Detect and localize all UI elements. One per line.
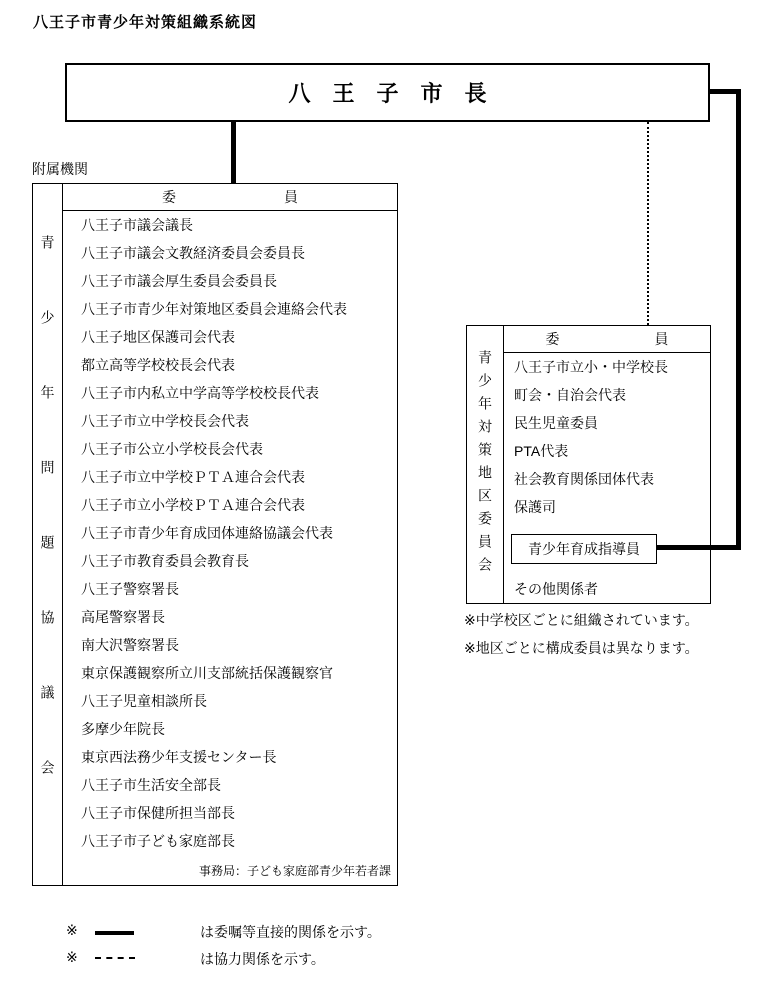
council-header-left-char: 委 — [162, 187, 176, 207]
district-note-1: ※中学校区ごとに組織されています。 — [464, 610, 699, 630]
council-member-item: 八王子児童相談所長 — [63, 687, 397, 715]
legend-solid-line-sample — [95, 931, 134, 935]
secretariat-note: 事務局：子ども家庭部青少年若者課 — [63, 855, 397, 885]
council-member-item: 八王子市議会厚生委員会委員長 — [63, 267, 397, 295]
youth-problem-council-box: 青少年問題協議会 委 員 八王子市議会議長八王子市議会文教経済委員会委員長八王子… — [32, 183, 398, 886]
org-chart-page: 八王子市青少年対策組織系統図 八 王 子 市 長 附属機関 青少年問題協議会 委… — [0, 0, 778, 981]
district-member-item: 社会教育関係団体代表 — [504, 465, 710, 493]
council-member-item: 八王子市子ども家庭部長 — [63, 827, 397, 855]
mayor-box: 八 王 子 市 長 — [65, 63, 710, 122]
council-member-item: 東京西法務少年支援センター長 — [63, 743, 397, 771]
council-member-item: 東京保護観察所立川支部統括保護観察官 — [63, 659, 397, 687]
youth-development-leader-box: 青少年育成指導員 — [511, 534, 657, 564]
district-member-item: 保護司 — [504, 493, 710, 521]
council-header-right-char: 員 — [284, 187, 298, 207]
district-member-list-bottom: その他関係者 — [504, 576, 710, 603]
council-member-item: 南大沢警察署長 — [63, 631, 397, 659]
legend-dashed-line-sample — [95, 957, 135, 959]
district-header-left-char: 委 — [546, 329, 560, 349]
legend-marker-2: ※ — [66, 949, 78, 966]
council-member-item: 八王子市公立小学校長会代表 — [63, 435, 397, 463]
council-member-list: 八王子市議会議長八王子市議会文教経済委員会委員長八王子市議会厚生委員会委員長八王… — [63, 211, 397, 855]
council-member-item: 八王子市教育委員会教育長 — [63, 547, 397, 575]
legend-text-1: は委嘱等直接的関係を示す。 — [200, 922, 381, 942]
council-member-item: 八王子市立小学校ＰＴＡ連合会代表 — [63, 491, 397, 519]
council-vertical-label: 青少年問題協議会 — [41, 235, 55, 835]
district-content: 委 員 八王子市立小・中学校長町会・自治会代表民生児童委員PTA代表社会教育関係… — [504, 326, 710, 603]
council-member-item: 八王子市保健所担当部長 — [63, 799, 397, 827]
legend-marker-1: ※ — [66, 922, 78, 939]
council-member-item: 八王子市議会文教経済委員会委員長 — [63, 239, 397, 267]
council-content: 委 員 八王子市議会議長八王子市議会文教経済委員会委員長八王子市議会厚生委員会委… — [63, 184, 397, 885]
district-member-item: 町会・自治会代表 — [504, 381, 710, 409]
mayor-label: 八 王 子 市 長 — [288, 77, 486, 108]
thick-connector-vertical-segment — [736, 89, 741, 550]
council-member-item: 八王子市内私立中学高等学校校長代表 — [63, 379, 397, 407]
council-member-item: 八王子地区保護司会代表 — [63, 323, 397, 351]
district-committee-box: 青少年対策地区委員会 委 員 八王子市立小・中学校長町会・自治会代表民生児童委員… — [466, 325, 711, 604]
dotted-cooperation-line — [647, 122, 649, 325]
leader-box-row: 青少年育成指導員 — [504, 521, 710, 576]
district-member-item: その他関係者 — [504, 576, 710, 603]
legend-text-2: は協力関係を示す。 — [200, 949, 325, 969]
district-member-item: PTA代表 — [504, 437, 710, 465]
council-vertical-label-column: 青少年問題協議会 — [33, 184, 63, 885]
council-member-item: 八王子市青少年育成団体連絡協議会代表 — [63, 519, 397, 547]
district-note-2: ※地区ごとに構成委員は異なります。 — [464, 638, 699, 658]
council-member-item: 高尾警察署長 — [63, 603, 397, 631]
council-member-item: 八王子市議会議長 — [63, 211, 397, 239]
district-header-right-char: 員 — [655, 329, 669, 349]
district-member-item: 八王子市立小・中学校長 — [504, 353, 710, 381]
council-member-item: 八王子市生活安全部長 — [63, 771, 397, 799]
district-member-item: 民生児童委員 — [504, 409, 710, 437]
council-member-item: 八王子市立中学校長会代表 — [63, 407, 397, 435]
council-member-item: 都立高等学校校長会代表 — [63, 351, 397, 379]
council-member-item: 八王子警察署長 — [63, 575, 397, 603]
district-member-list-top: 八王子市立小・中学校長町会・自治会代表民生児童委員PTA代表社会教育関係団体代表… — [504, 353, 710, 521]
council-member-item: 多摩少年院長 — [63, 715, 397, 743]
district-member-header: 委 員 — [504, 326, 710, 353]
district-vertical-label: 青少年対策地区委員会 — [478, 350, 492, 580]
council-member-item: 八王子市青少年対策地区委員会連絡会代表 — [63, 295, 397, 323]
district-vertical-label-column: 青少年対策地区委員会 — [467, 326, 504, 603]
connector-mayor-to-council-line — [231, 120, 236, 184]
page-title: 八王子市青少年対策組織系統図 — [33, 11, 257, 32]
council-member-header: 委 員 — [63, 184, 397, 211]
council-member-item: 八王子市立中学校ＰＴＡ連合会代表 — [63, 463, 397, 491]
attached-organ-label: 附属機関 — [32, 159, 88, 179]
